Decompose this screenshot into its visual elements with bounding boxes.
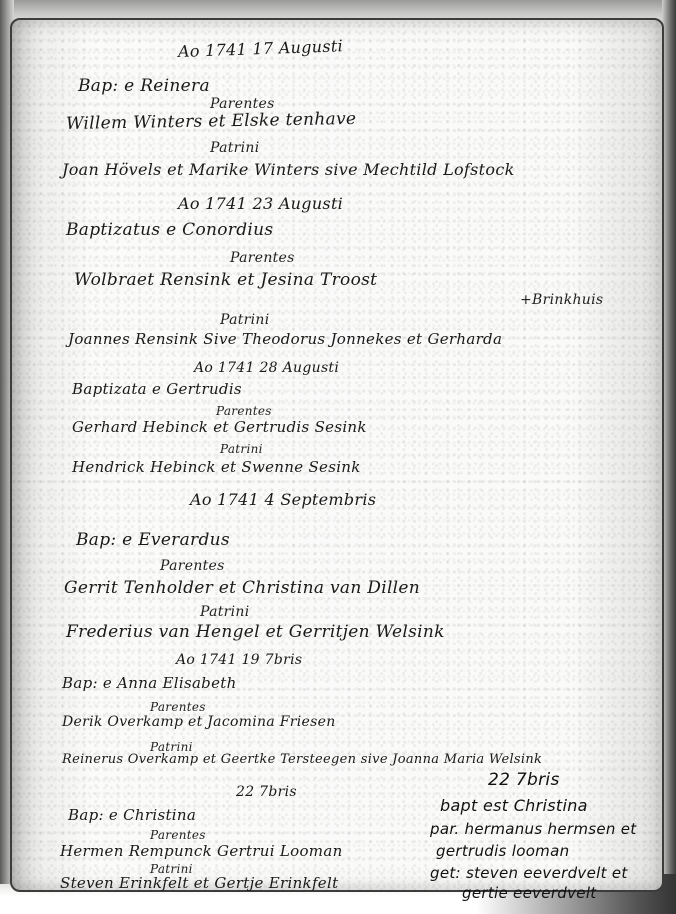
margin-note-line-4: get: steven eeverdvelt et (430, 864, 628, 882)
entry-6-date: 22 7bris (236, 784, 297, 800)
entry-2-baptized: Baptizatus e Conordius (66, 220, 273, 240)
margin-note-line-1: bapt est Christina (440, 796, 588, 815)
entry-2-parents-label: Parentes (230, 250, 295, 266)
entry-2-date: Ao 1741 23 Augusti (178, 194, 343, 213)
margin-note-line-2: par. hermanus hermsen et (430, 820, 636, 838)
entry-2-parents: Wolbraet Rensink et Jesina Troost (74, 270, 377, 290)
entry-6-godparents: Steven Erinkfelt et Gertje Erinkfelt (60, 874, 338, 892)
entry-3-parents-label: Parentes (216, 404, 272, 418)
entry-4-baptized: Bap: e Everardus (76, 530, 230, 550)
entry-2-godparents: Joannes Rensink Sive Theodorus Jonnekes … (68, 330, 502, 348)
margin-note-line-5: gertie eeverdvelt (462, 884, 596, 902)
entry-5-parents: Derik Overkamp et Jacomina Friesen (62, 714, 336, 730)
entry-1-baptized: Bap: e Reinera (78, 76, 210, 96)
entry-6-parents-label: Parentes (150, 828, 206, 842)
entry-4-date: Ao 1741 4 Septembris (190, 490, 376, 509)
entry-5-baptized: Bap: e Anna Elisabeth (62, 674, 237, 692)
margin-note-date: 22 7bris (488, 770, 560, 790)
entry-3-date: Ao 1741 28 Augusti (194, 360, 339, 376)
entry-5-parents-label: Parentes (150, 700, 206, 714)
entry-5-godparents: Reinerus Overkamp et Geertke Tersteegen … (62, 752, 542, 767)
entry-2-godparents-label: Patrini (220, 312, 270, 328)
entry-1-godparents: Joan Hövels et Marike Winters sive Mecht… (62, 160, 515, 179)
entry-3-parents: Gerhard Hebinck et Gertrudis Sesink (72, 418, 367, 436)
entry-6-baptized: Bap: e Christina (68, 806, 196, 824)
entry-4-godparents: Frederius van Hengel et Gerritjen Welsin… (66, 622, 445, 642)
entry-4-godparents-label: Patrini (200, 604, 250, 620)
entry-1-godparents-label: Patrini (210, 140, 260, 156)
scan-edge-right (662, 0, 676, 914)
entry-4-parents: Gerrit Tenholder et Christina van Dillen (64, 578, 420, 598)
scanned-page: Ao 1741 17 Augusti Bap: e Reinera Parent… (0, 0, 676, 914)
entry-2-godparents-addition: +Brinkhuis (520, 292, 603, 308)
entry-3-baptized: Baptizata e Gertrudis (72, 380, 242, 398)
margin-note-line-3: gertrudis looman (436, 842, 569, 860)
entry-3-godparents: Hendrick Hebinck et Swenne Sesink (72, 458, 361, 476)
entry-5-date: Ao 1741 19 7bris (176, 652, 302, 668)
entry-4-parents-label: Parentes (160, 558, 225, 574)
entry-3-godparents-label: Patrini (220, 442, 263, 456)
entry-6-parents: Hermen Rempunck Gertrui Looman (60, 842, 343, 860)
